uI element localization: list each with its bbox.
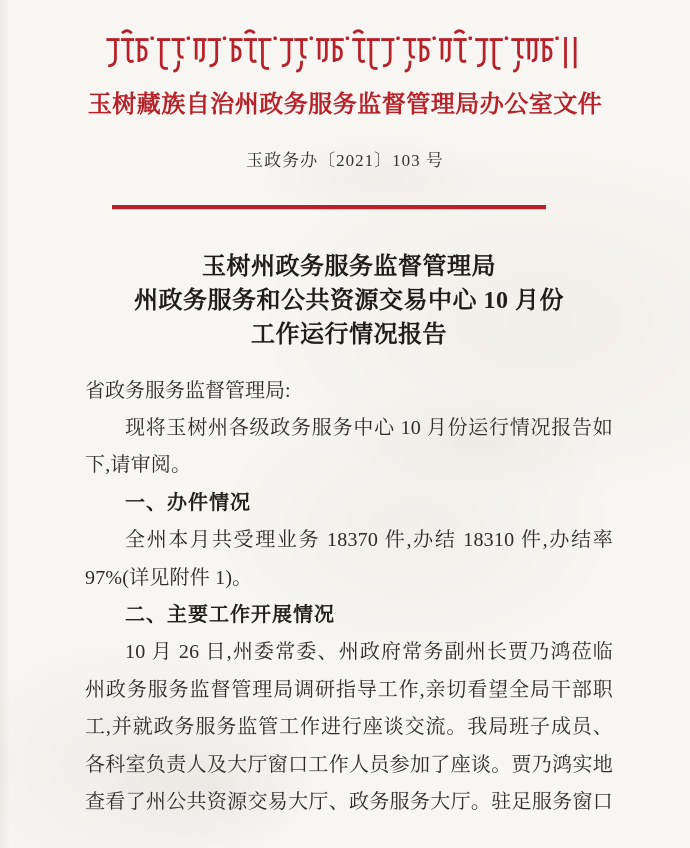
letterhead: 玉树藏族自治州政务服务监督管理局办公室文件 玉政务办〔2021〕103 号 xyxy=(0,0,690,209)
document-body: 玉树州政务服务监督管理局 州政务服务和公共资源交易中心 10 月份 工作运行情况… xyxy=(0,250,690,821)
body-line: 10 月 26 日,州委常委、州政府常务副州长贾乃鸿莅临 xyxy=(85,634,613,671)
salutation: 省政务服务监督管理局: xyxy=(85,373,613,410)
body-line: 工,并就政务服务监管工作进行座谈交流。我局班子成员、 xyxy=(85,709,613,746)
body-line: 全州本月共受理业务 18370 件,办结 18310 件,办结率 xyxy=(85,522,613,559)
tibetan-script-line xyxy=(104,27,586,77)
report-title-line-2: 州政务服务和公共资源交易中心 10 月份 xyxy=(85,284,613,318)
body-line: 州政务服务监督管理局调研指导工作,亲切看望全局干部职 xyxy=(85,672,613,709)
red-separator-line xyxy=(112,205,546,209)
agency-title: 玉树藏族自治州政务服务监督管理局办公室文件 xyxy=(0,87,690,123)
body-line: 各科室负责人及大厅窗口工作人员参加了座谈。贾乃鸿实地 xyxy=(85,747,613,784)
body-line: 下,请审阅。 xyxy=(85,447,613,484)
document-page: 玉树藏族自治州政务服务监督管理局办公室文件 玉政务办〔2021〕103 号 玉树… xyxy=(0,0,690,848)
body-line: 一、办件情况 xyxy=(85,485,613,522)
report-title-line-3: 工作运行情况报告 xyxy=(85,318,613,352)
report-title-line-1: 玉树州政务服务监督管理局 xyxy=(85,250,613,284)
body-line: 查看了州公共资源交易大厅、政务服务大厅。驻足服务窗口 xyxy=(85,784,613,821)
body-line: 二、主要工作开展情况 xyxy=(85,597,613,634)
body-line: 现将玉树州各级政务服务中心 10 月份运行情况报告如 xyxy=(85,410,613,447)
report-title: 玉树州政务服务监督管理局 州政务服务和公共资源交易中心 10 月份 工作运行情况… xyxy=(85,250,613,352)
body-line: 97%(详见附件 1)。 xyxy=(85,560,613,597)
body-lines: 现将玉树州各级政务服务中心 10 月份运行情况报告如下,请审阅。一、办件情况全州… xyxy=(85,410,613,821)
document-number: 玉政务办〔2021〕103 号 xyxy=(0,150,690,172)
tibetan-script-art xyxy=(104,27,586,77)
